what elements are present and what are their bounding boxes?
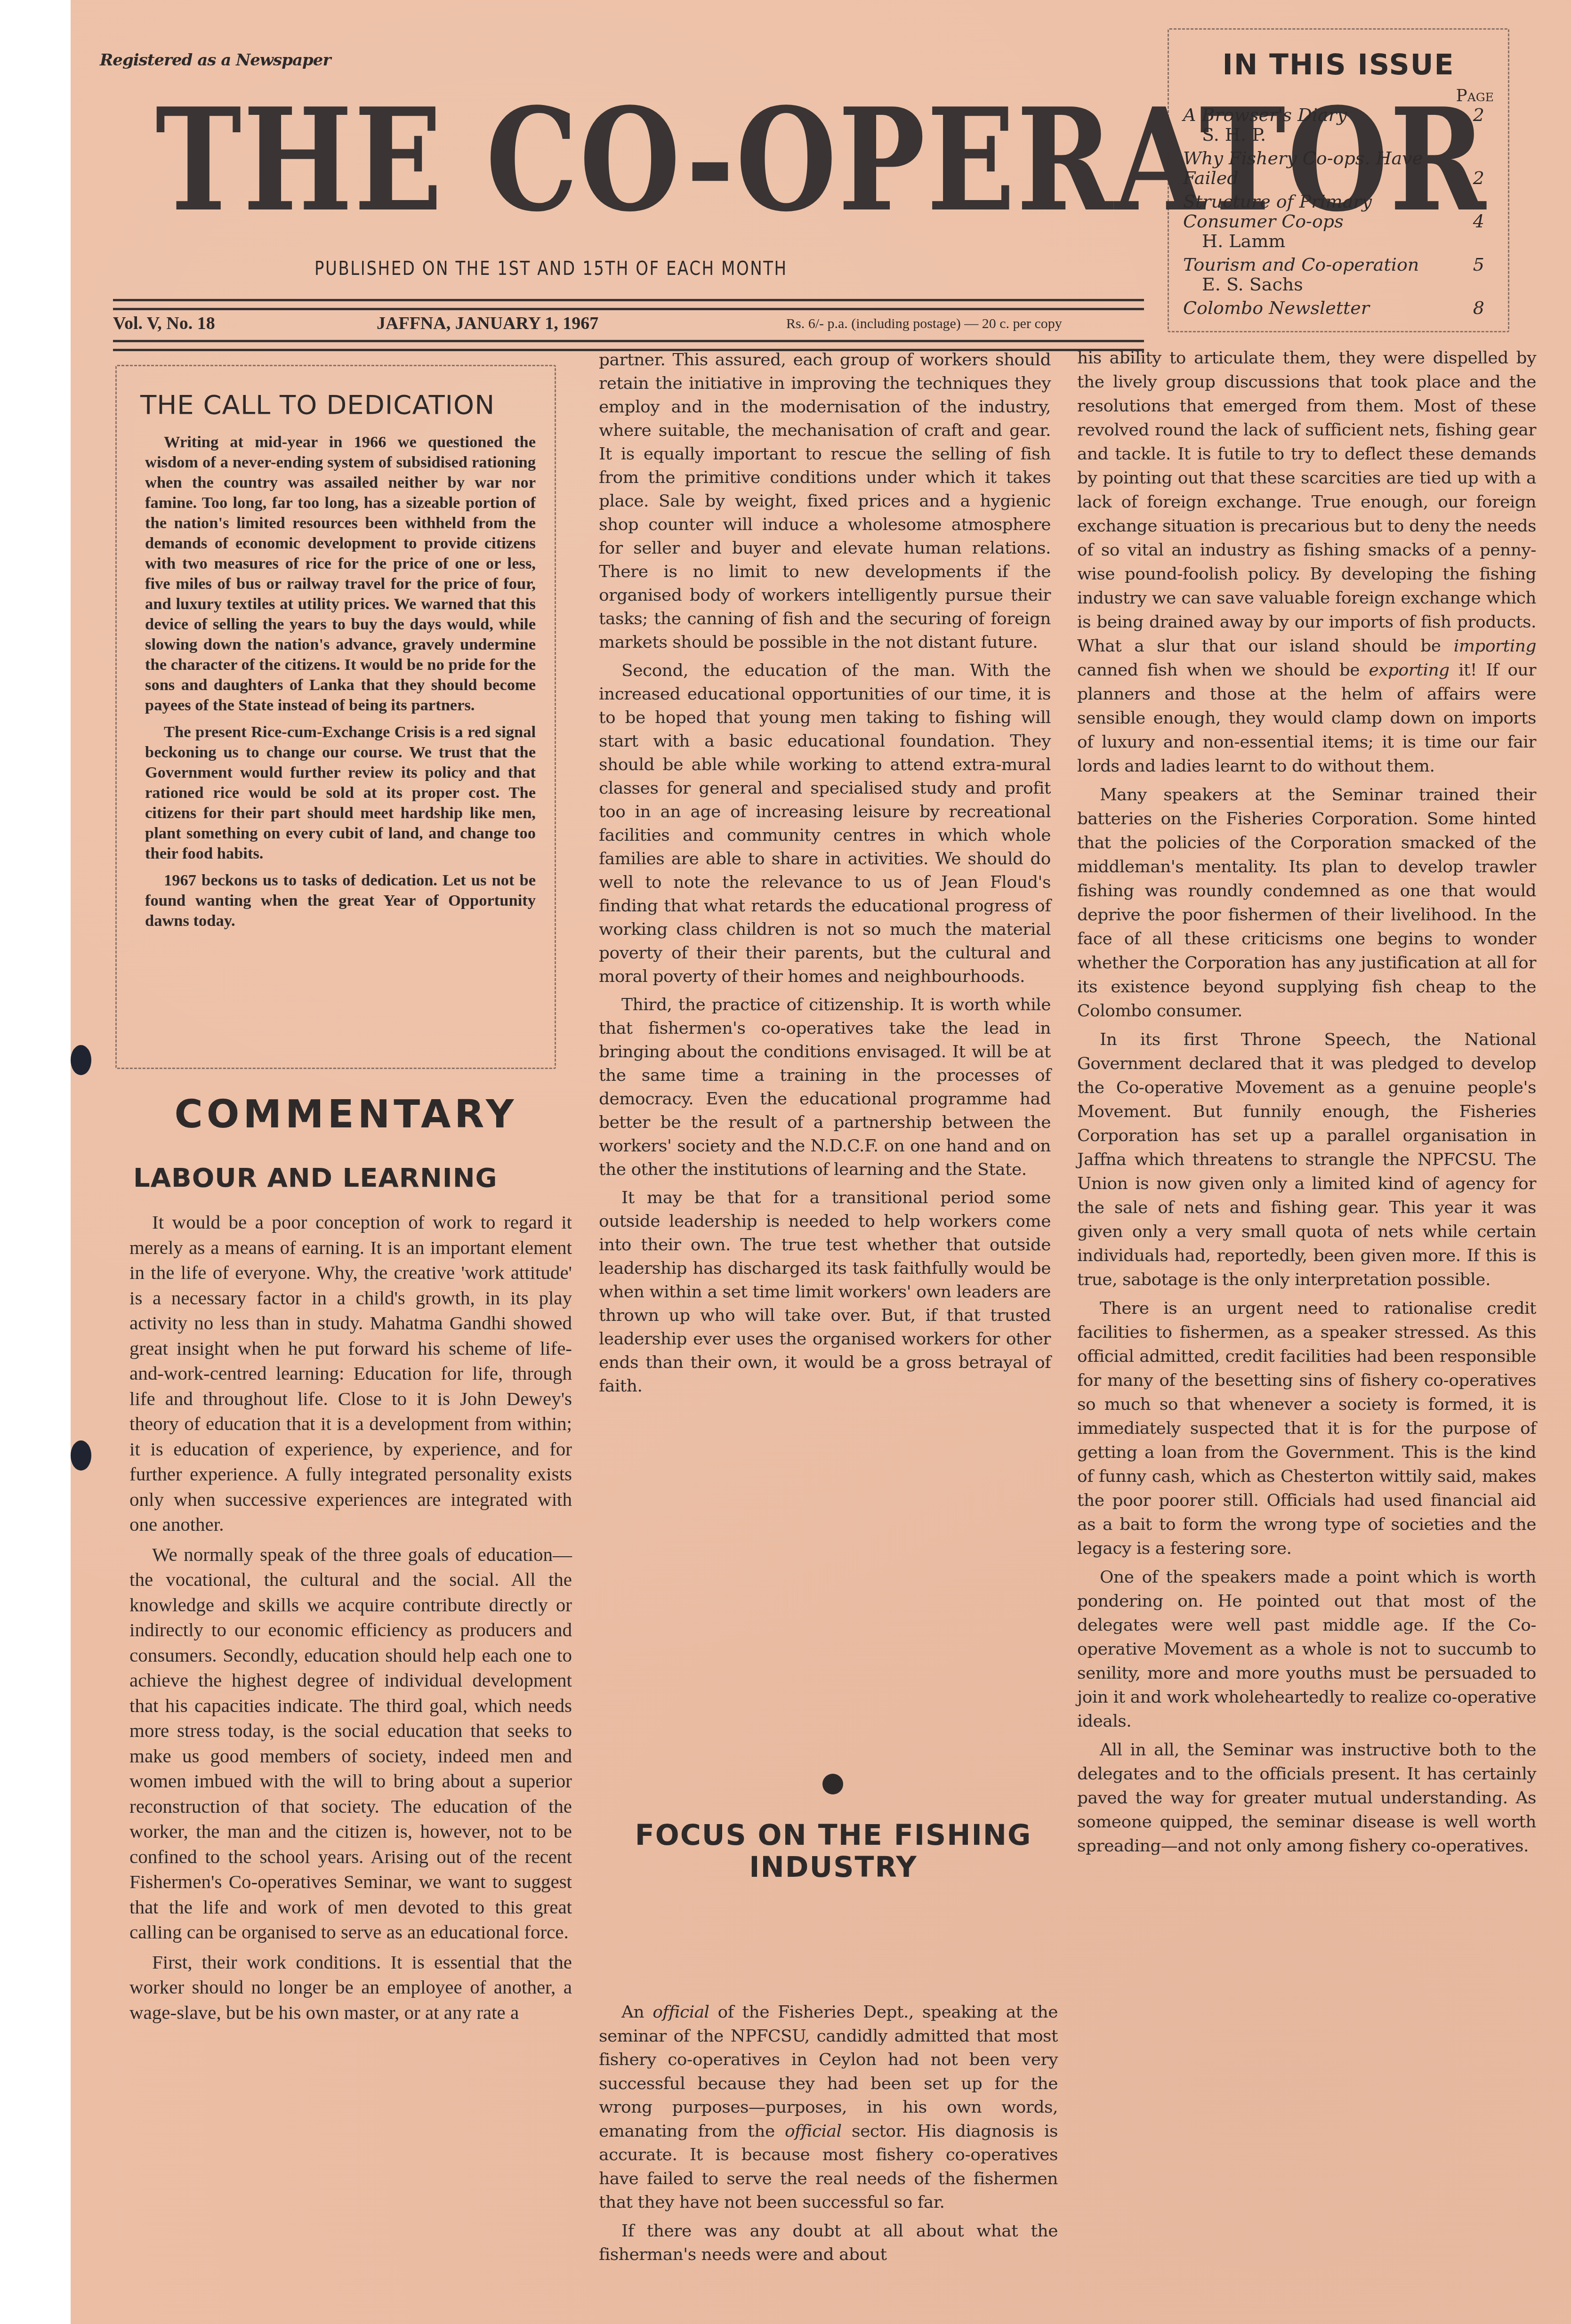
paragraph: There is an urgent need to rationalise c… [1077,1296,1536,1560]
section-divider-dot [822,1774,843,1794]
section-title-commentary: COMMENTARY [165,1092,527,1137]
paragraph: We normally speak of the three goals of … [129,1542,572,1945]
toc-item-title: Why Fishery Co-ops. Have Failed [1183,148,1494,188]
toc-item-author: E. S. Sachs [1183,274,1494,294]
toc-item-title: Colombo Newsletter [1183,298,1494,318]
paragraph: Many speakers at the Seminar trained the… [1077,783,1536,1023]
toc-item-title: Tourism and Co-operation [1183,255,1494,274]
article-column-middle: partner. This assured, each group of wor… [599,348,1051,1403]
paragraph: First, their work conditions. It is esse… [129,1950,572,2026]
toc-item-title: Structure of Primary Consumer Co-ops [1183,192,1494,231]
paragraph: In its first Throne Speech, the National… [1077,1028,1536,1292]
binder-hole [71,1440,91,1471]
editorial-title: THE CALL TO DEDICATION [140,390,495,420]
toc-item-page: 8 [1473,298,1484,318]
toc-item: A Browser's DiaryS. H. P.2 [1183,105,1494,145]
paragraph: The present Rice-cum-Exchange Crisis is … [145,722,536,864]
paragraph: Third, the practice of citizenship. It i… [599,993,1051,1182]
dateline: JAFFNA, JANUARY 1, 1967 [377,313,598,334]
paragraph: his ability to articulate them, they wer… [1077,346,1536,778]
toc-item-page: 2 [1473,105,1484,125]
registered-notice: Registered as a Newspaper [100,51,330,70]
editorial-box: THE CALL TO DEDICATION Writing at mid-ye… [115,365,556,1069]
toc-item: Structure of Primary Consumer Co-opsH. L… [1183,192,1494,251]
headline-labour-learning: LABOUR AND LEARNING [133,1163,557,1193]
in-this-issue-box: IN THIS ISSUE Page A Browser's DiaryS. H… [1168,28,1509,332]
fishing-article-column-right: his ability to articulate them, they wer… [1077,346,1536,1863]
paragraph: It would be a poor conception of work to… [129,1210,572,1537]
toc-item-author: H. Lamm [1183,231,1494,251]
volume-number: Vol. V, No. 18 [113,313,215,334]
toc-item: Tourism and Co-operationE. S. Sachs5 [1183,255,1494,294]
toc-title: IN THIS ISSUE [1169,48,1508,81]
fishing-article-column-middle: An official of the Fisheries Dept., spea… [599,2001,1058,2272]
toc-page-header: Page [1456,86,1494,105]
price-info: Rs. 6/- p.a. (including postage) — 20 c.… [786,316,1062,332]
issue-info-bar: Vol. V, No. 18 JAFFNA, JANUARY 1, 1967 R… [113,313,1130,337]
masthead-rule-top [113,299,1144,310]
toc-item-page: 2 [1473,168,1484,188]
toc-item-page: 5 [1473,255,1484,274]
paragraph: It may be that for a transitional period… [599,1186,1051,1398]
paragraph: 1967 beckons us to tasks of dedication. … [145,870,536,931]
binder-hole [71,1045,91,1075]
article-column-left: It would be a poor conception of work to… [129,1210,572,2030]
toc-item-title: A Browser's Diary [1183,105,1494,125]
paragraph: Writing at mid-year in 1966 we questione… [145,432,536,716]
paragraph: If there was any doubt at all about what… [599,2219,1058,2267]
paragraph: An official of the Fisheries Dept., spea… [599,2001,1058,2215]
editorial-body: Writing at mid-year in 1966 we questione… [145,432,536,938]
toc-item-page: 4 [1473,211,1484,231]
publication-schedule: PUBLISHED ON THE 1ST AND 15TH OF EACH MO… [314,258,788,280]
toc-item: Why Fishery Co-ops. Have Failed2 [1183,148,1494,188]
paragraph: Second, the education of the man. With t… [599,659,1051,989]
newspaper-title: THE CO-OPERATOR [155,75,927,245]
paragraph: One of the speakers made a point which i… [1077,1565,1536,1733]
toc-item-author: S. H. P. [1183,125,1494,145]
headline-fishing-industry: FOCUS ON THE FISHING INDUSTRY [607,1819,1059,1883]
paragraph: All in all, the Seminar was instructive … [1077,1738,1536,1858]
toc-list: A Browser's DiaryS. H. P.2Why Fishery Co… [1183,105,1494,322]
paragraph: partner. This assured, each group of wor… [599,348,1051,654]
toc-item: Colombo Newsletter8 [1183,298,1494,318]
